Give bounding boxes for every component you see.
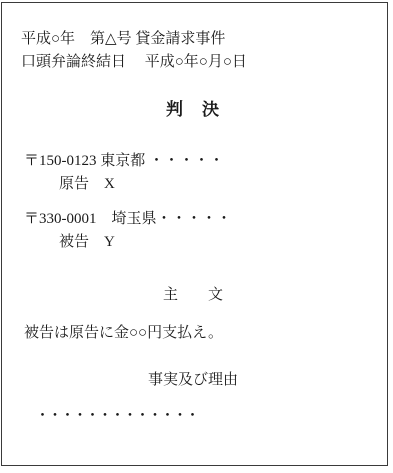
facts-placeholder-dots: ・・・・・・・・・・・・・ xyxy=(35,408,198,425)
main-text-body: 被告は原告に金○○円支払え。 xyxy=(24,325,223,342)
judgment-document-page: 平成○年 第△号 貸金請求事件 口頭弁論終結日 平成○年○月○日 判 決 〒15… xyxy=(0,0,393,473)
defendant-role-line: 被告 Y xyxy=(59,234,115,251)
plaintiff-role-line: 原告 X xyxy=(59,176,115,193)
case-number-line: 平成○年 第△号 貸金請求事件 xyxy=(21,31,225,48)
facts-and-reasons-heading: 事実及び理由 xyxy=(1,372,385,389)
judgment-title: 判 決 xyxy=(1,101,385,118)
plaintiff-address-line: 〒150-0123 東京都 ・・・・・ xyxy=(24,153,224,170)
defendant-address-line: 〒330-0001 埼玉県・・・・・ xyxy=(24,211,232,228)
oral-argument-closing-date-line: 口頭弁論終結日 平成○年○月○日 xyxy=(21,54,247,71)
main-text-heading: 主 文 xyxy=(1,287,385,304)
